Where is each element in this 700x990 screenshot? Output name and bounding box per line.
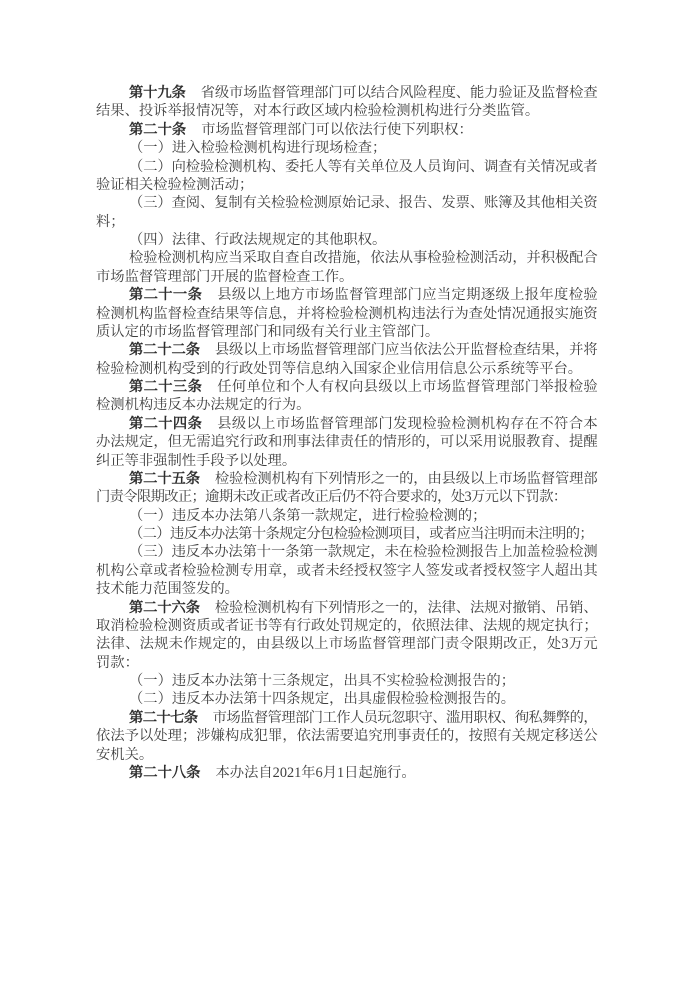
line-text: 检验检测机构有下列情形之一的，法律、法规对撤销、吊销、 [215,600,597,616]
text-line: 纠正等非强制性手段予以处理。 [96,452,597,470]
text-line: 机构公章或者检验检测专用章，或者未经授权签字人签发或者授权签字人超出其 [96,562,597,580]
text-line: 第二十七条市场监督管理部门工作人员玩忽职守、滥用职权、徇私舞弊的， [96,709,597,727]
text-line: 门责令限期改正；逾期未改正或者改正后仍不符合要求的，处3万元以下罚款： [96,488,597,506]
text-line: 第二十五条检验检测机构有下列情形之一的，由县级以上市场监督管理部 [96,470,597,488]
article-number: 第二十二条 [129,342,200,358]
line-text: 依法予以处理；涉嫌构成犯罪，依法需要追究刑事责任的，按照有关规定移送公 [96,728,597,744]
line-text: （三）违反本办法第十一条第一款规定，未在检验检测报告上加盖检验检测 [129,544,597,560]
line-text: 办法规定，但无需追究行政和刑事法律责任的情形的，可以采用说服教育、提醒 [96,434,597,450]
text-line: 办法规定，但无需追究行政和刑事法律责任的情形的，可以采用说服教育、提醒 [96,433,597,451]
text-line: 依法予以处理；涉嫌构成犯罪，依法需要追究刑事责任的，按照有关规定移送公 [96,727,597,745]
line-text: （一）违反本办法第十三条规定，出具不实检验检测报告的； [129,673,515,689]
text-line: （一）违反本办法第八条第一款规定，进行检验检测的； [96,507,597,525]
text-line: （四）法律、行政法规规定的其他职权。 [96,231,597,249]
text-line: 技术能力范围签发的。 [96,580,597,598]
text-line: 罚款： [96,654,597,672]
line-text: 取消检验检测资质或者证书等有行政处罚规定的，依照法律、法规的规定执行； [96,618,597,634]
text-line: （二）违反本办法第十四条规定，出具虚假检验检测报告的。 [96,690,597,708]
article-number: 第二十五条 [129,471,200,487]
article-number: 第二十六条 [129,600,200,616]
article-number: 第二十三条 [129,379,202,395]
text-line: 结果、投诉举报情况等，对本行政区域内检验检测机构进行分类监管。 [96,102,597,120]
line-text: 省级市场监督管理部门可以结合风险程度、能力验证及监督检查 [201,85,597,101]
text-line: 质认定的市场监督管理部门和同级有关行业主管部门。 [96,323,597,341]
document-page: 第十九条省级市场监督管理部门可以结合风险程度、能力验证及监督检查结果、投诉举报情… [0,0,700,990]
line-text: 法律、法规未作规定的，由县级以上市场监督管理部门责令限期改正，处3万元 [96,636,597,652]
line-text: （三）查阅、复制有关检验检测原始记录、报告、发票、账簿及其他相关资 [129,195,597,211]
line-text: 检测机构监督检查结果等信息，并将检验检测机构违法行为查处情况通报实施资 [96,306,597,322]
text-line: （二）向检验检测机构、委托人等有关单位及人员询问、调查有关情况或者 [96,158,597,176]
line-text: 质认定的市场监督管理部门和同级有关行业主管部门。 [96,324,439,340]
text-line: 料； [96,213,597,231]
text-line: 第十九条省级市场监督管理部门可以结合风险程度、能力验证及监督检查 [96,84,597,102]
text-line: 验证相关检验检测活动； [96,176,597,194]
text-line: （三）违反本办法第十一条第一款规定，未在检验检测报告上加盖检验检测 [96,543,597,561]
line-text: 结果、投诉举报情况等，对本行政区域内检验检测机构进行分类监管。 [96,103,539,119]
text-line: 安机关。 [96,746,597,764]
article-number: 第二十七条 [129,710,198,726]
line-text: 罚款： [96,655,139,671]
text-line: 市场监督管理部门开展的监督检查工作。 [96,268,597,286]
line-text: 县级以上地方市场监督管理部门应当定期逐级上报年度检验 [217,287,597,303]
article-number: 第二十八条 [129,765,200,781]
text-line: 第二十八条本办法自2021年6月1日起施行。 [96,764,597,782]
line-text: 本办法自2021年6月1日起施行。 [215,765,415,781]
line-text: 机构公章或者检验检测专用章，或者未经授权签字人签发或者授权签字人超出其 [96,563,597,579]
line-text: （二）向检验检测机构、委托人等有关单位及人员询问、调查有关情况或者 [129,159,597,175]
article-number: 第二十一条 [129,287,202,303]
text-line: 检测机构监督检查结果等信息，并将检验检测机构违法行为查处情况通报实施资 [96,305,597,323]
text-line: 法律、法规未作规定的，由县级以上市场监督管理部门责令限期改正，处3万元 [96,635,597,653]
text-line: 第二十六条检验检测机构有下列情形之一的，法律、法规对撤销、吊销、 [96,599,597,617]
text-line: 第二十二条县级以上市场监督管理部门应当依法公开监督检查结果，并将 [96,341,597,359]
line-text: （一）违反本办法第八条第一款规定，进行检验检测的； [129,508,486,524]
text-line: （二）违反本办法第十条规定分包检验检测项目，或者应当注明而未注明的； [96,525,597,543]
line-text: 检验检测机构受到的行政处罚等信息纳入国家企业信用信息公示系统等平台。 [96,361,582,377]
line-text: （二）违反本办法第十条规定分包检验检测项目，或者应当注明而未注明的； [129,526,593,542]
line-text: 安机关。 [96,747,153,763]
line-text: （二）违反本办法第十四条规定，出具虚假检验检测报告的。 [129,691,515,707]
text-line: 检验检测机构受到的行政处罚等信息纳入国家企业信用信息公示系统等平台。 [96,360,597,378]
text-line: 取消检验检测资质或者证书等有行政处罚规定的，依照法律、法规的规定执行； [96,617,597,635]
line-text: 技术能力范围签发的。 [96,581,239,597]
document-body: 第十九条省级市场监督管理部门可以结合风险程度、能力验证及监督检查结果、投诉举报情… [96,84,597,782]
article-number: 第二十四条 [129,416,202,432]
line-text: 市场监督管理部门工作人员玩忽职守、滥用职权、徇私舞弊的， [213,710,597,726]
text-line: 检验检测机构应当采取自查自改措施，依法从事检验检测活动，并积极配合 [96,249,597,267]
line-text: 县级以上市场监督管理部门发现检验检测机构存在不符合本 [217,416,597,432]
line-text: 县级以上市场监督管理部门应当依法公开监督检查结果，并将 [215,342,597,358]
text-line: （一）进入检验检测机构进行现场检查； [96,139,597,157]
line-text: 验证相关检验检测活动； [96,177,253,193]
article-number: 第十九条 [129,85,186,101]
text-line: （一）违反本办法第十三条规定，出具不实检验检测报告的； [96,672,597,690]
line-text: 检验检测机构有下列情形之一的，由县级以上市场监督管理部 [215,471,597,487]
line-text: 检测机构违反本办法规定的行为。 [96,397,310,413]
line-text: 料； [96,214,125,230]
text-line: 第二十三条任何单位和个人有权向县级以上市场监督管理部门举报检验 [96,378,597,396]
article-number: 第二十条 [129,122,186,138]
text-line: 第二十条市场监督管理部门可以依法行使下列职权： [96,121,597,139]
line-text: （一）进入检验检测机构进行现场检查； [129,140,386,156]
text-line: 第二十一条县级以上地方市场监督管理部门应当定期逐级上报年度检验 [96,286,597,304]
line-text: 纠正等非强制性手段予以处理。 [96,453,296,469]
text-line: 检测机构违反本办法规定的行为。 [96,396,597,414]
line-text: （四）法律、行政法规规定的其他职权。 [129,232,386,248]
line-text: 市场监督管理部门开展的监督检查工作。 [96,269,353,285]
line-text: 检验检测机构应当采取自查自改措施，依法从事检验检测活动，并积极配合 [129,250,597,266]
line-text: 市场监督管理部门可以依法行使下列职权： [201,122,473,138]
line-text: 任何单位和个人有权向县级以上市场监督管理部门举报检验 [217,379,597,395]
text-line: 第二十四条县级以上市场监督管理部门发现检验检测机构存在不符合本 [96,415,597,433]
line-text: 门责令限期改正；逾期未改正或者改正后仍不符合要求的，处3万元以下罚款： [96,489,567,505]
text-line: （三）查阅、复制有关检验检测原始记录、报告、发票、账簿及其他相关资 [96,194,597,212]
